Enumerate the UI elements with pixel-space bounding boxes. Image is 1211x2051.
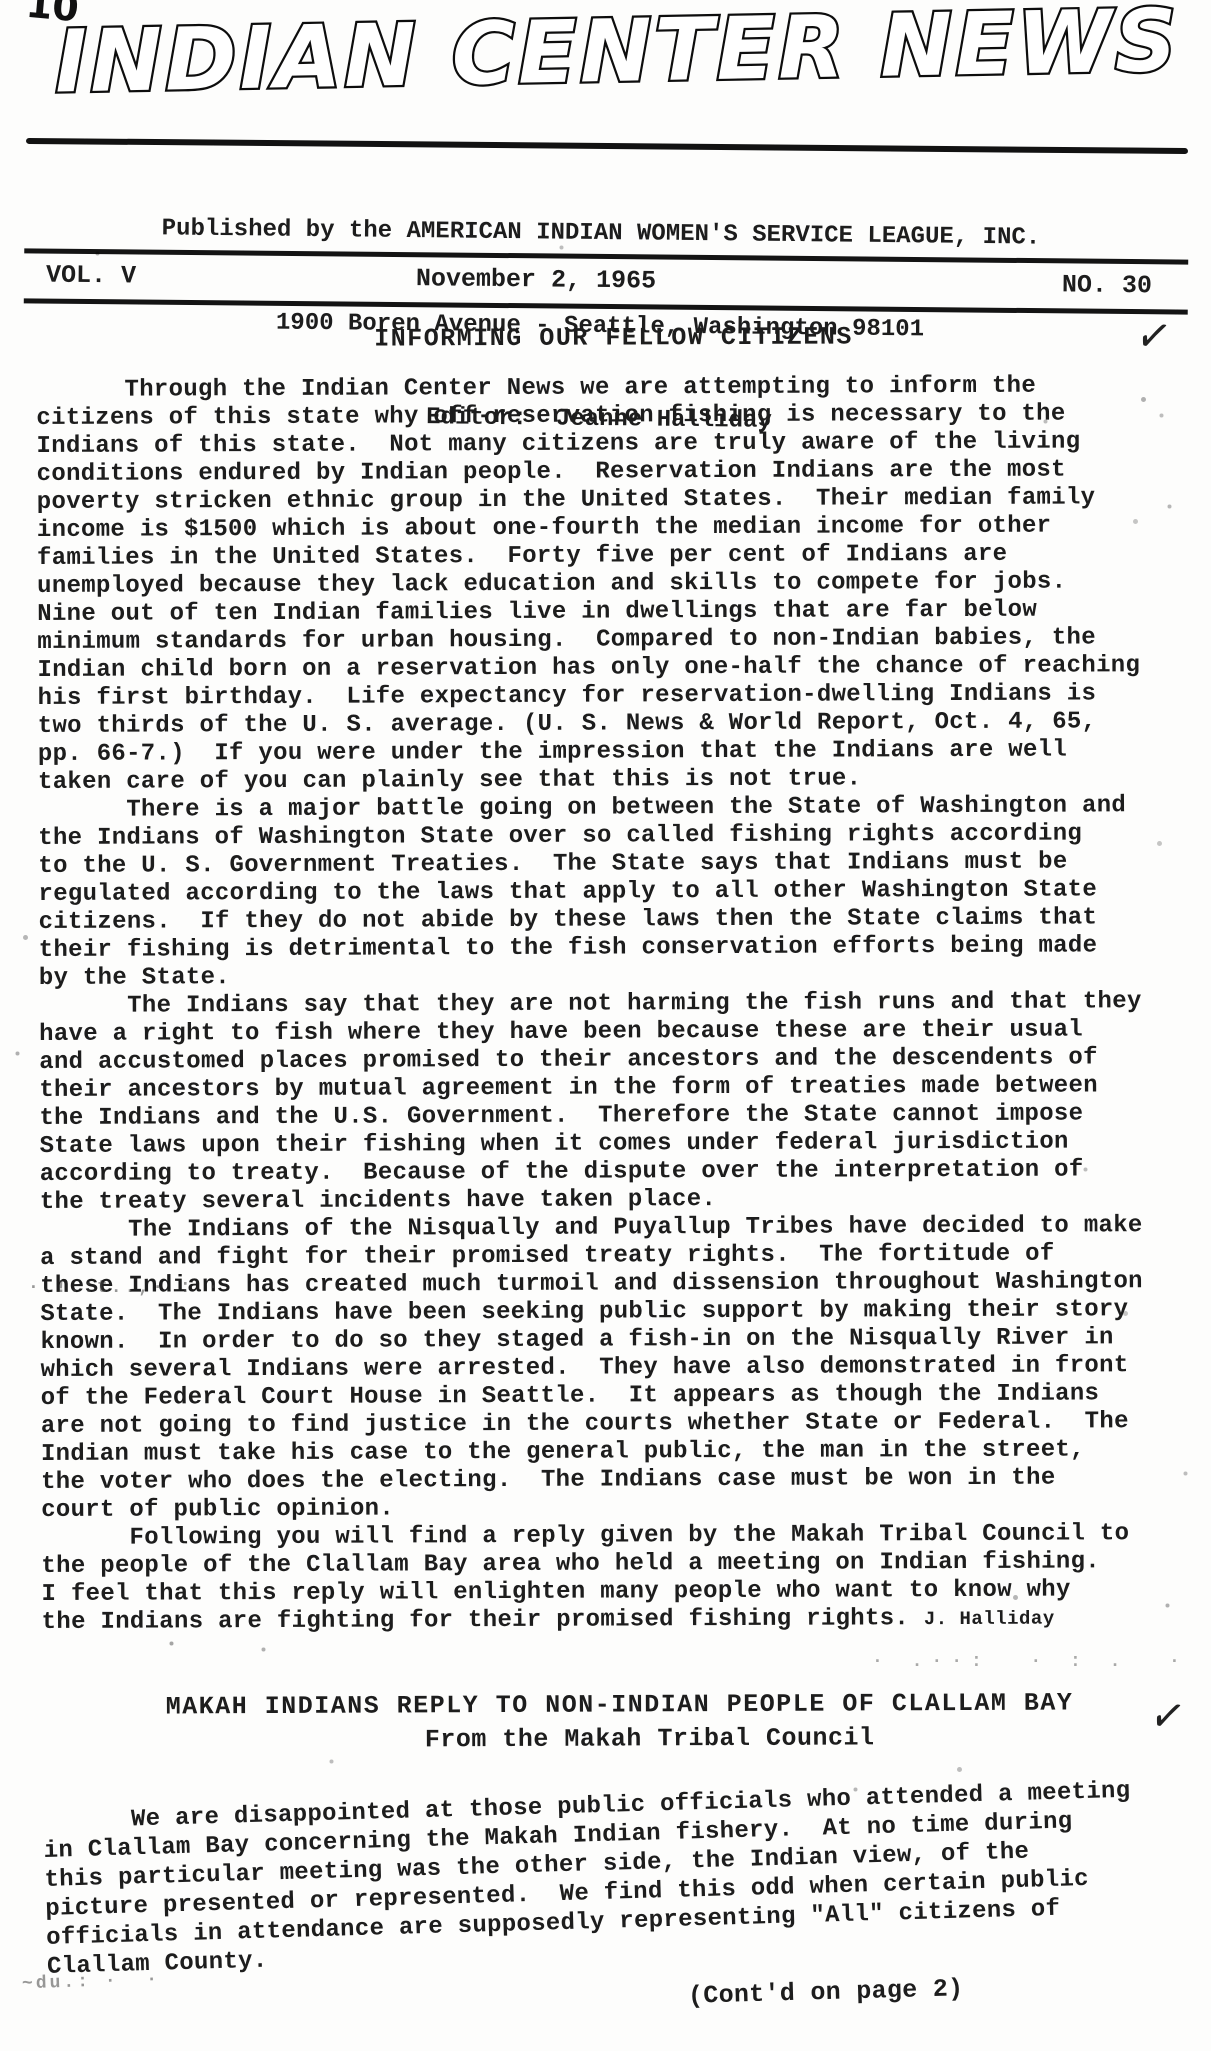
- issue-number: NO. 30: [726, 267, 1188, 300]
- newsletter-page: 10 INDIAN CENTER NEWS Published by the A…: [0, 0, 1211, 2051]
- article1-body: Through the Indian Center News we are at…: [36, 372, 1196, 1637]
- scan-smudge: · .··: · : . ·: [872, 1652, 1189, 1672]
- scan-noise-specks: [0, 0, 3, 3]
- scan-smudge: ~du.: · ·: [22, 1970, 161, 1995]
- scan-smudge: · !.:t..,· : ·: [28, 1278, 221, 1298]
- publisher-line: Published by the AMERICAN INDIAN WOMEN'S…: [1, 212, 1201, 256]
- page-body: INFORMING OUR FELLOW CITIZENS Through th…: [36, 321, 1198, 1982]
- paragraph: The Indians say that they are not harmin…: [39, 988, 1195, 1217]
- author-signature: J. Halliday: [924, 1608, 1055, 1631]
- paragraph: Following you will find a reply given by…: [41, 1520, 1196, 1637]
- newsletter-title: INDIAN CENTER NEWS: [54, 0, 1156, 113]
- paragraph: The Indians of the Nisqually and Puyallu…: [40, 1212, 1196, 1525]
- article1-heading-row: INFORMING OUR FELLOW CITIZENS: [36, 321, 1191, 355]
- issue-date: November 2, 1965: [416, 264, 656, 295]
- article2-heading-block: MAKAH INDIANS REPLY TO NON-INDIAN PEOPLE…: [42, 1688, 1197, 1756]
- article1-heading: INFORMING OUR FELLOW CITIZENS: [374, 322, 853, 353]
- paragraph: There is a major battle going on between…: [38, 792, 1194, 993]
- paragraph: We are disappointed at those public offi…: [42, 1775, 1202, 1982]
- continuation-note: (Cont'd on page 2): [688, 1974, 964, 2011]
- article2-subheading: From the Makah Tribal Council: [72, 1722, 1211, 1756]
- article2-heading: MAKAH INDIANS REPLY TO NON-INDIAN PEOPLE…: [166, 1688, 1074, 1721]
- masthead-bar: VOL. V November 2, 1965 NO. 30: [24, 248, 1188, 314]
- paragraph: Through the Indian Center News we are at…: [36, 372, 1193, 797]
